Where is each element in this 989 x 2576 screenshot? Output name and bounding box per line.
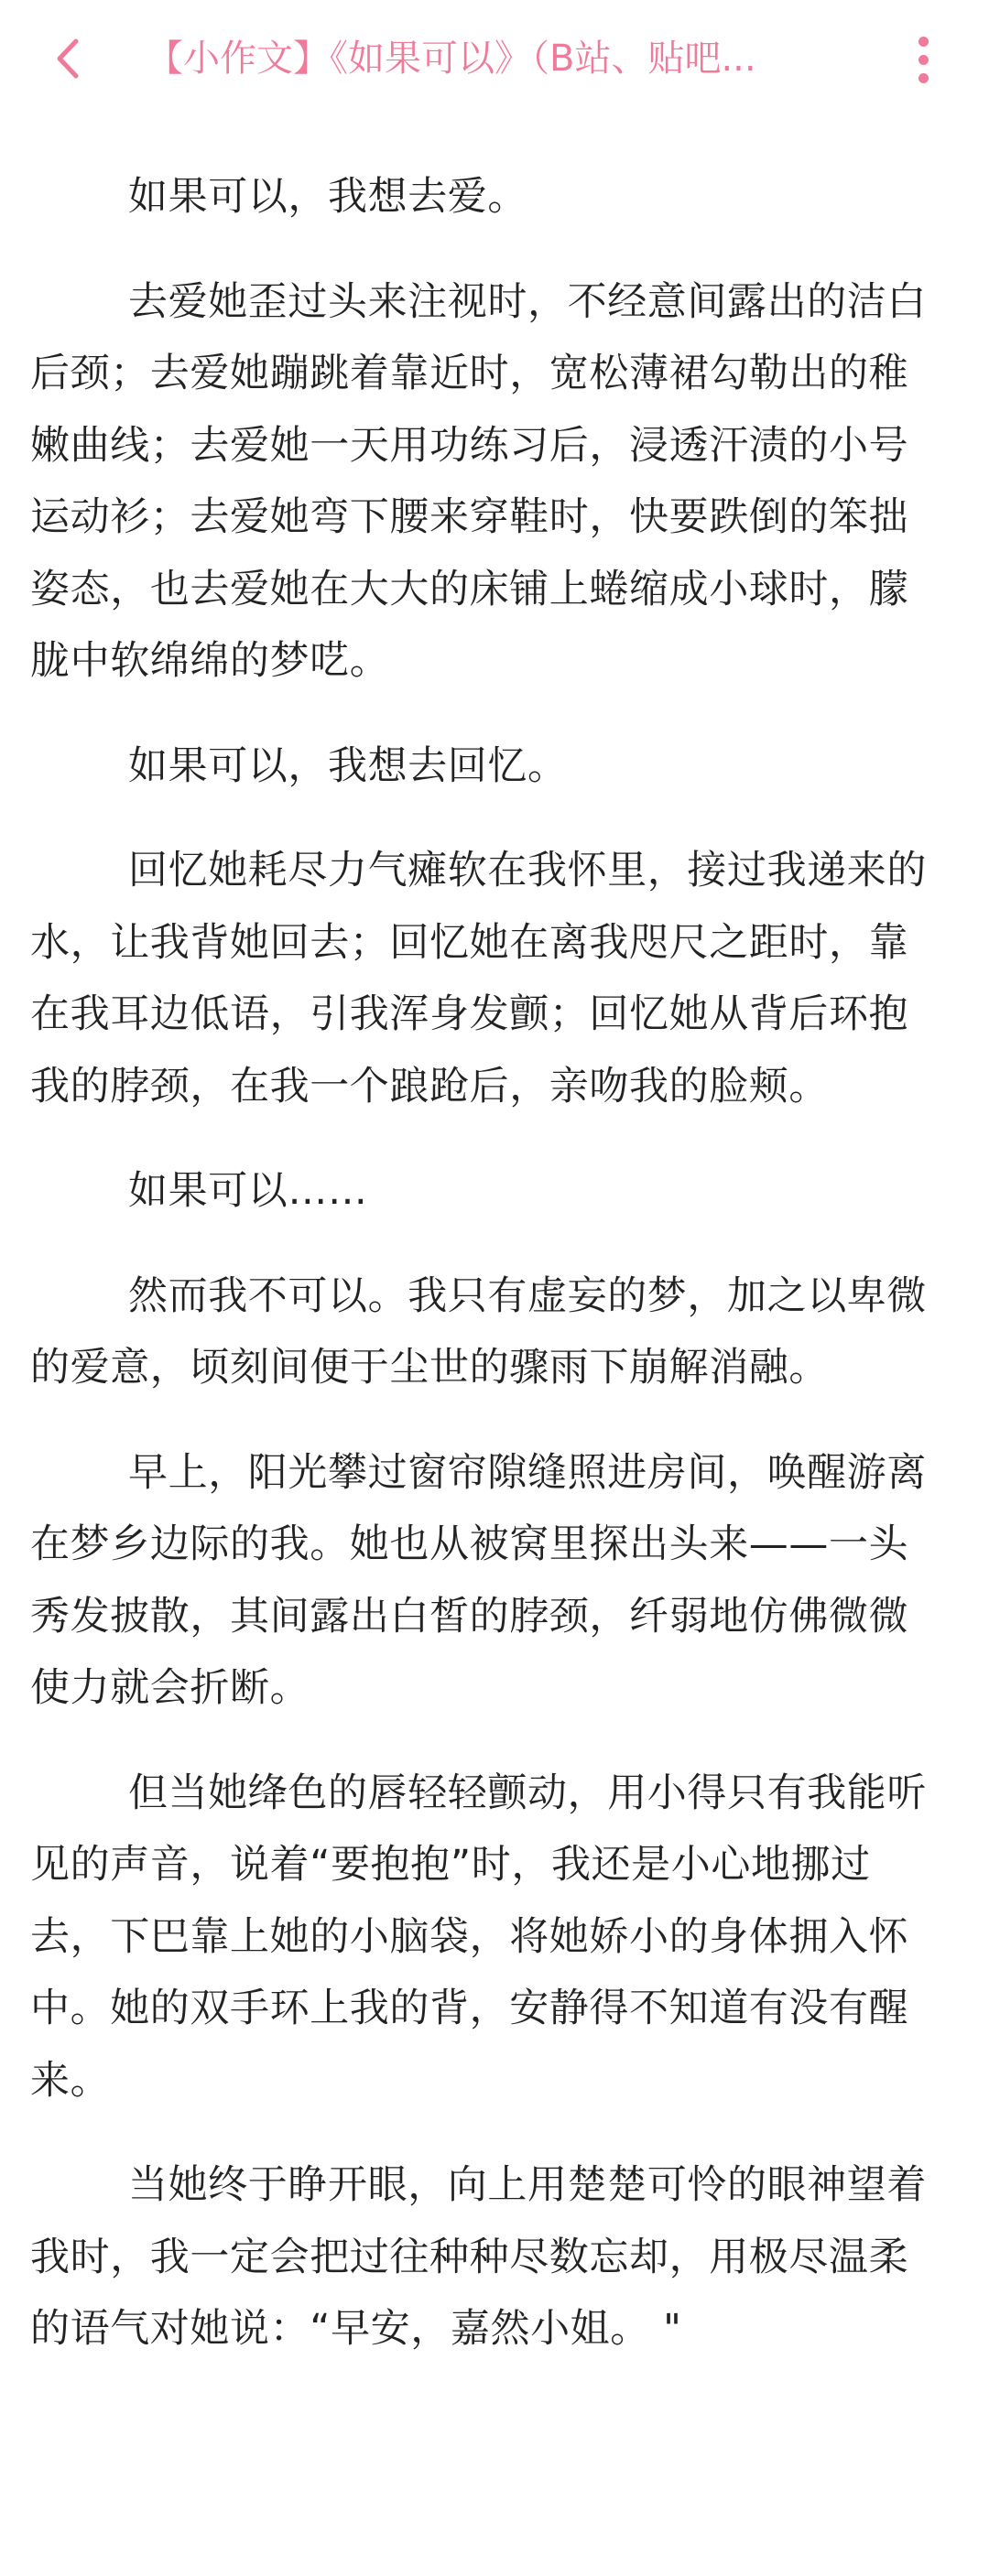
article-paragraph: 但当她绛色的唇轻轻颤动，用小得只有我能听见的声音，说着“要抱抱”时，我还是小心地…: [30, 1758, 946, 2117]
top-app-bar: 【小作文】《如果可以》（B站、贴吧...: [0, 0, 989, 117]
more-vertical-icon-dot: [918, 73, 929, 83]
back-button[interactable]: [40, 27, 95, 90]
article-paragraph: 回忆她耗尽力气瘫软在我怀里，接过我递来的水，让我背她回去；回忆她在离我咫尺之距时…: [30, 835, 946, 1122]
article-paragraph: 然而我不可以。我只有虚妄的梦，加之以卑微的爱意，顷刻间便于尘世的骤雨下崩解消融。: [30, 1261, 946, 1404]
more-vertical-icon-dot: [918, 55, 929, 65]
chevron-left-icon: [54, 38, 82, 80]
more-options-button[interactable]: [897, 27, 949, 92]
article-paragraph: 如果可以，我想去回忆。: [30, 731, 946, 803]
article-body: 如果可以，我想去爱。 去爱她歪过头来注视时，不经意间露出的洁白后颈；去爱她蹦跳着…: [30, 161, 946, 2398]
article-paragraph: 如果可以，我想去爱。: [30, 161, 946, 233]
article-paragraph: 早上，阳光攀过窗帘隙缝照进房间，唤醒游离在梦乡边际的我。她也从被窝里探出头来——…: [30, 1437, 946, 1725]
page-title: 【小作文】《如果可以》（B站、贴吧...: [147, 33, 842, 84]
article-paragraph: 去爱她歪过头来注视时，不经意间露出的洁白后颈；去爱她蹦跳着靠近时，宽松薄裙勾勒出…: [30, 266, 946, 698]
more-vertical-icon: [918, 37, 929, 47]
article-paragraph: 如果可以……: [30, 1155, 946, 1228]
article-paragraph: 当她终于睁开眼，向上用楚楚可怜的眼神望着我时，我一定会把过往种种尽数忘却，用极尽…: [30, 2149, 946, 2365]
